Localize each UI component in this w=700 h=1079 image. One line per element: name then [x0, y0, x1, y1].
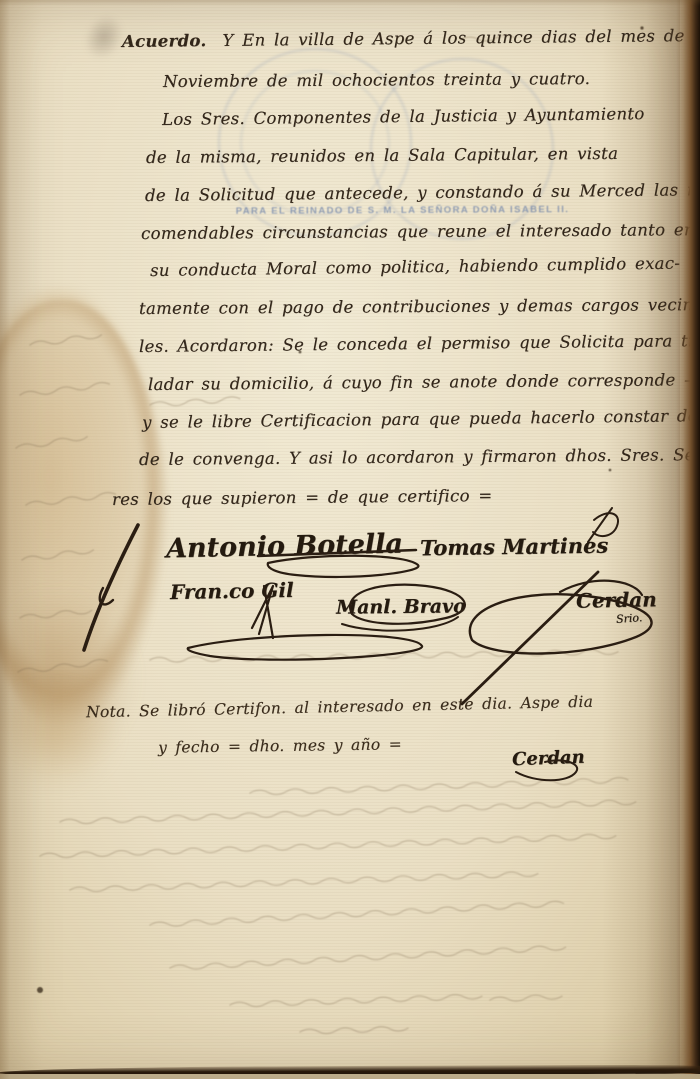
manuscript-line: de le convenga. Y asi lo acordaron y fir… — [139, 445, 700, 469]
manuscript-line: tamente con el pago de contribuciones y … — [139, 295, 700, 318]
signature-cerdan-title: Srio. — [616, 611, 643, 626]
signature-francisco-gil: Fran.co Gil — [170, 578, 294, 604]
manuscript-line: les. Acordaron: Se le conceda el permiso… — [139, 331, 700, 356]
marginal-heading: Acuerdo. — [122, 31, 207, 51]
water-stain-rim — [0, 300, 170, 730]
nota-signature-cerdan: Cerdan — [512, 747, 585, 771]
habilitation-stamp-text: PARA EL REINADO DE S. M. LA SEÑORA DOÑA … — [150, 204, 655, 218]
signature-tomas-martines: Tomas Martines — [420, 533, 609, 561]
water-stain-lower — [0, 588, 138, 768]
water-stain-nota — [0, 680, 120, 790]
line-text: Y En la villa de Aspe á los quince dias … — [222, 26, 684, 50]
manuscript-line: Acuerdo.Y En la villa de Aspe á los quin… — [122, 26, 685, 51]
signature-cerdan: Cerdan — [576, 587, 657, 612]
manuscript-line: ladar su domicilio, á cuyo fin se anote … — [148, 370, 700, 394]
page-curve-shadow — [646, 0, 680, 1079]
manuscript-line: Noviembre de mil ochocientos treinta y c… — [163, 69, 590, 91]
manuscript-line: comendables circunstancias que reune el … — [141, 220, 695, 243]
water-stain-left — [0, 292, 166, 732]
manuscript-line: res los que supieron = de que certifico … — [112, 486, 493, 509]
signature-manuel-bravo: Manl. Bravo — [336, 595, 466, 618]
nota-line: y fecho = dho. mes y año = — [158, 735, 402, 756]
page-left-edge — [0, 0, 10, 1079]
book-gutter-edge — [676, 0, 700, 1079]
manuscript-page-scan: PARA EL REINADO DE S. M. LA SEÑORA DOÑA … — [0, 0, 700, 1079]
signature-antonio-botella: Antonio Botella — [166, 529, 403, 565]
nota-line: Nota. Se libró Certifon. al interesado e… — [86, 693, 593, 722]
page-top-edge — [0, 0, 700, 6]
manuscript-line: y se le libre Certificacion para que pue… — [142, 406, 700, 432]
next-page-strip — [0, 1074, 700, 1079]
manuscript-line: su conducta Moral como politica, habiend… — [150, 254, 680, 280]
